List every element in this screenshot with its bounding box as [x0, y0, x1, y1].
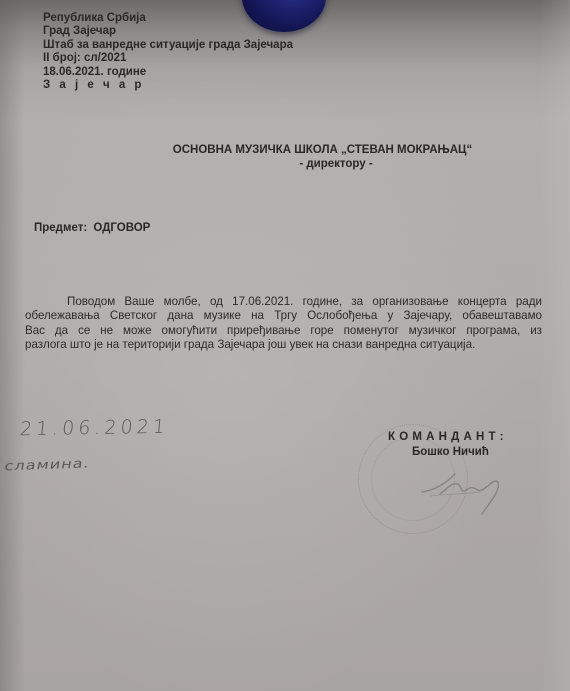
letterhead-city: Град Зајечар — [43, 25, 293, 38]
signatory-block: КОМАНДАНТ: Бошко Ничић — [388, 430, 508, 459]
recipient-school: ОСНОВНА МУЗИЧКА ШКОЛА „СТЕВАН МОКРАЊАЦ“ — [0, 143, 570, 157]
subject-label: Предмет: — [34, 222, 87, 234]
body-line: Поводом Ваше молбе, од 17.06.2021. годин… — [25, 295, 542, 309]
body-line: Вас да се не може омогућити приређивање … — [25, 324, 542, 338]
recipient-block: ОСНОВНА МУЗИЧКА ШКОЛА „СТЕВАН МОКРАЊАЦ“ … — [0, 143, 570, 171]
letterhead-office: Штаб за ванредне ситуације града Зајечар… — [43, 39, 293, 52]
recipient-addressee: - директору - — [0, 157, 570, 171]
letter-body: Поводом Ваше молбе, од 17.06.2021. годин… — [25, 295, 542, 352]
letterhead-reference-number: II број: сл/2021 — [43, 52, 293, 65]
handwritten-note: сламина. — [3, 455, 91, 473]
letterhead-place: З а ј е ч а р — [43, 79, 293, 92]
subject-value: ОДГОВОР — [93, 222, 150, 234]
signatory-title: КОМАНДАНТ: — [388, 430, 508, 445]
subject-line: Предмет: ОДГОВОР — [34, 222, 150, 234]
signatory-name: Бошко Ничић — [388, 445, 508, 459]
letterhead: Република Србија Град Зајечар Штаб за ва… — [43, 12, 293, 92]
handwritten-date: 21.06.2021 — [19, 416, 170, 441]
letterhead-date: 18.06.2021. године — [43, 66, 293, 79]
body-line: обележавања Светског дана музике на Тргу… — [25, 309, 542, 323]
letterhead-country: Република Србија — [43, 12, 293, 25]
body-line: разлога што је на територији града Зајеч… — [25, 338, 542, 352]
handwritten-signature — [420, 462, 510, 522]
